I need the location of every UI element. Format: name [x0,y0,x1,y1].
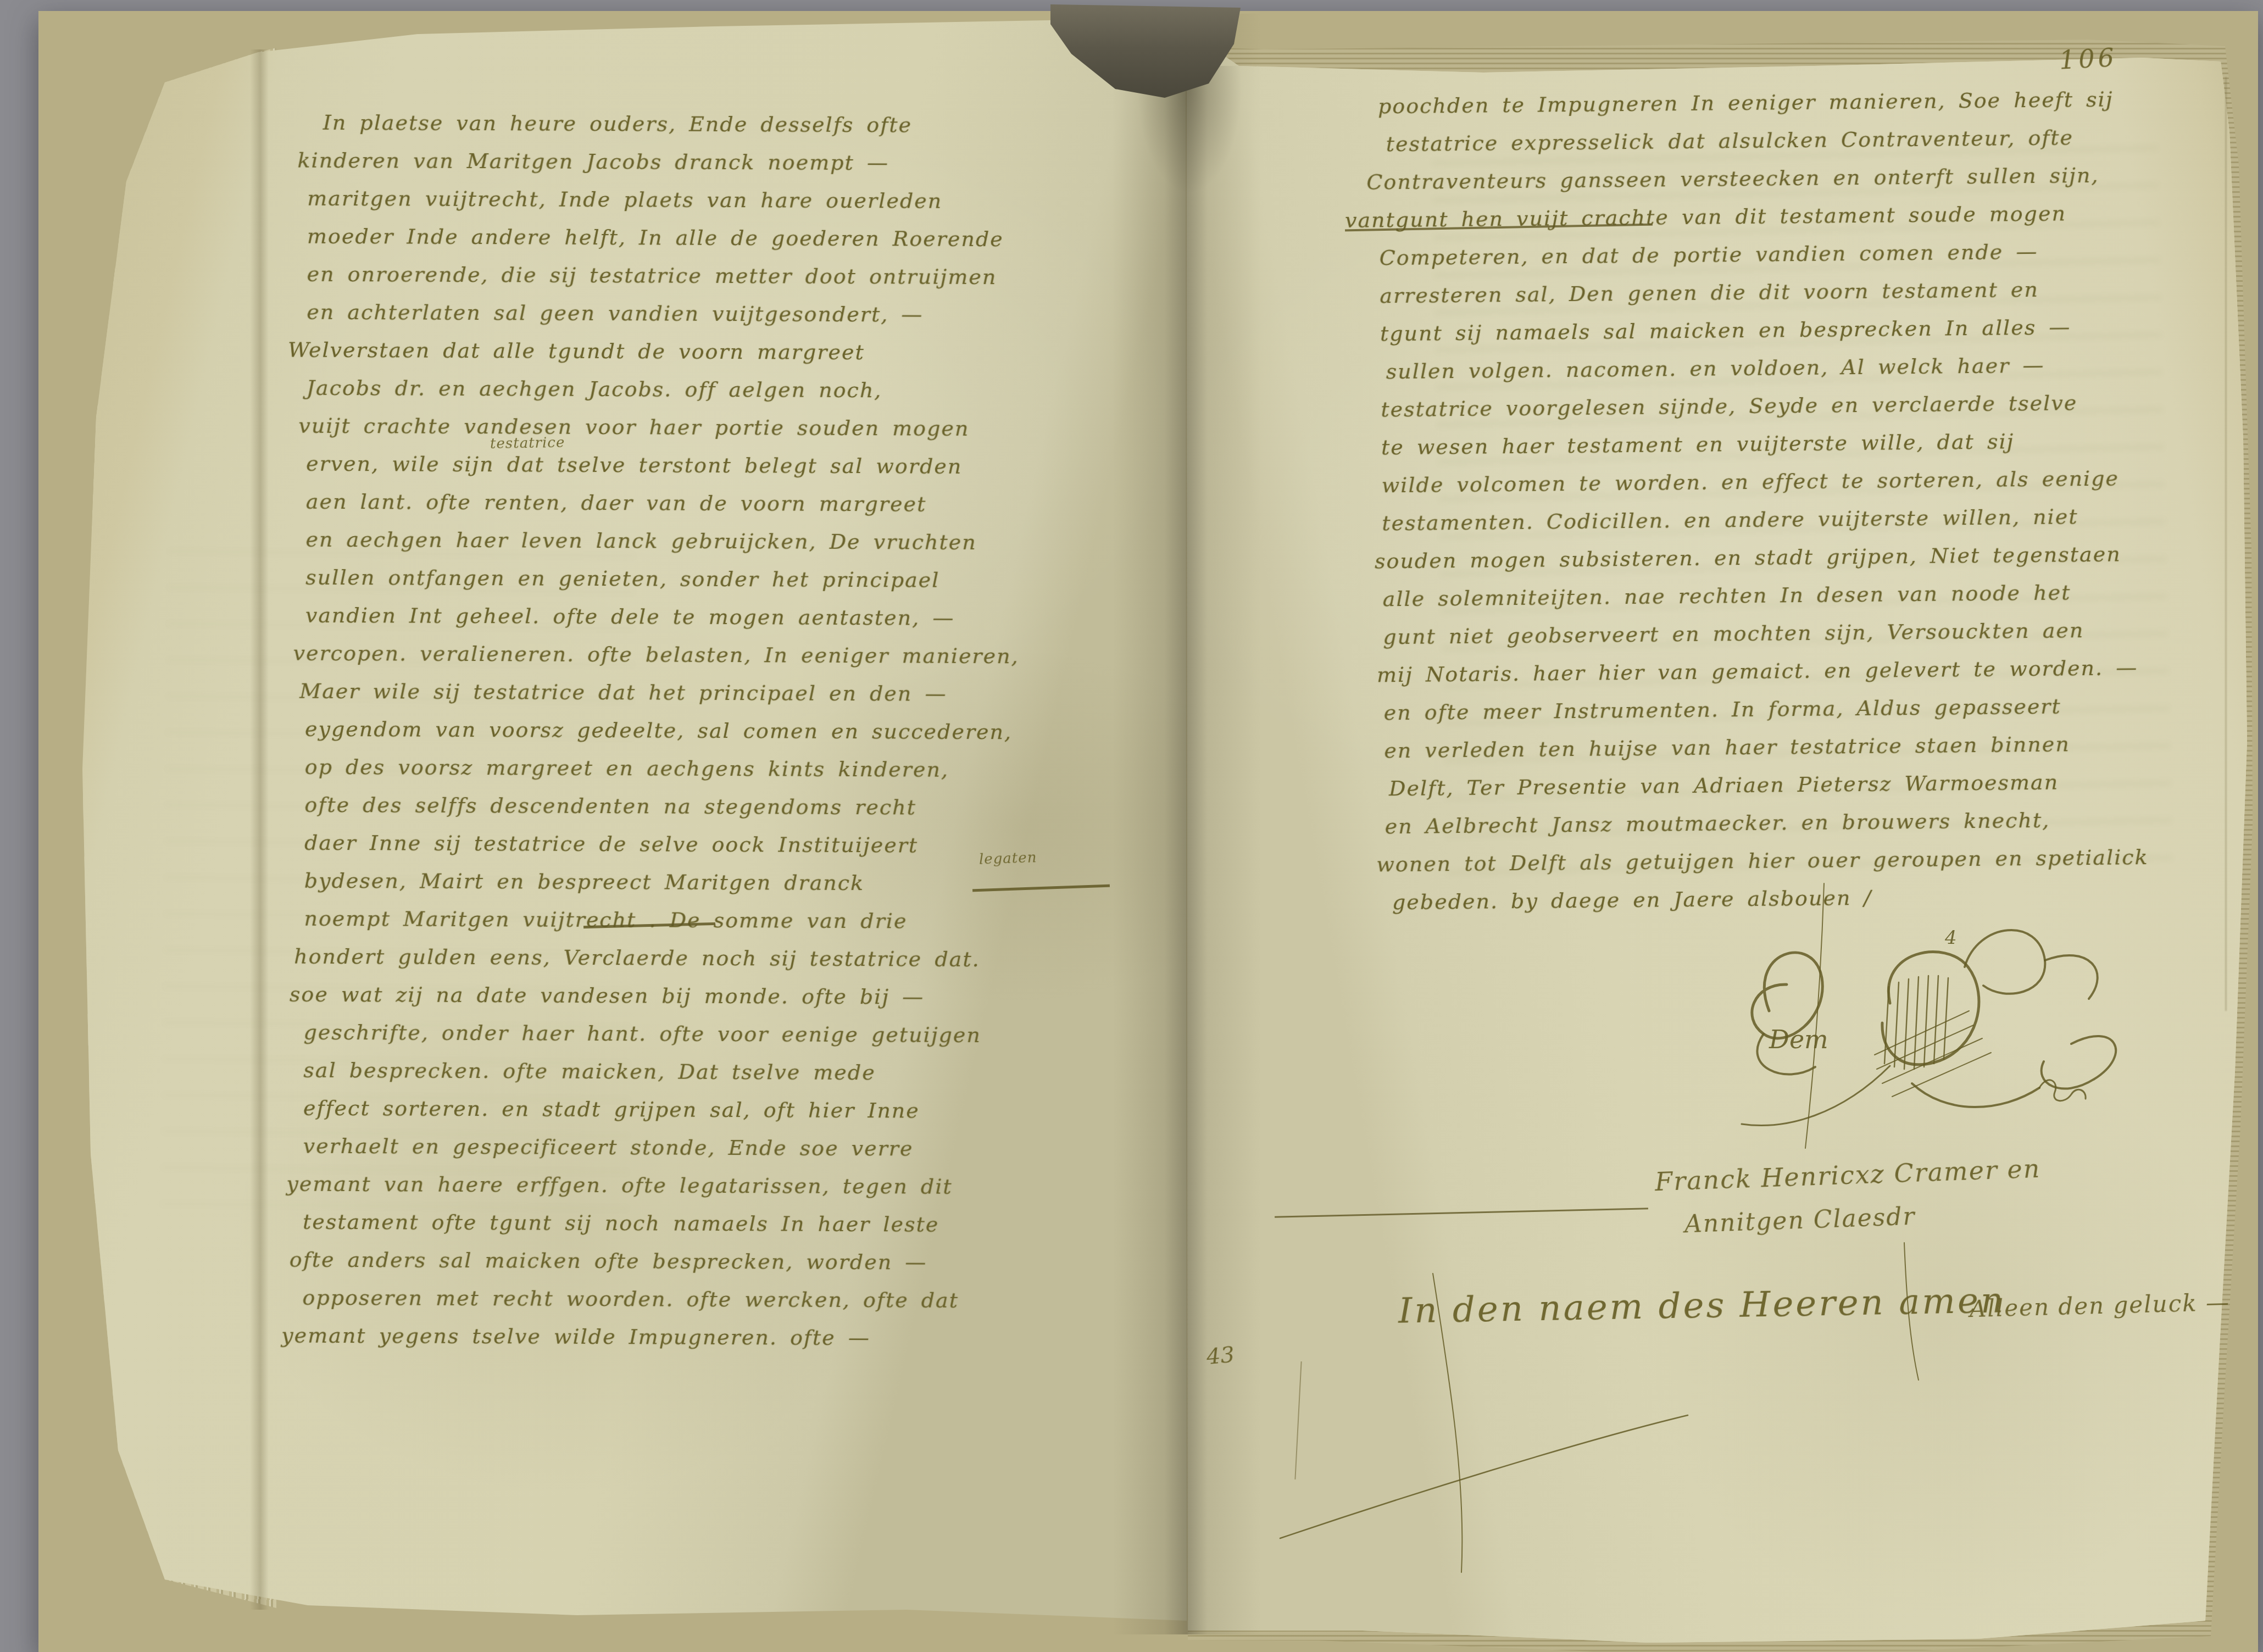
manuscript-line: eygendom van voorsz gedeelte, sal comen … [305,710,1151,752]
manuscript-line: en achterlaten sal geen vandien vuijtges… [307,293,1153,335]
paraph-word: Dem [1769,1025,1828,1054]
manuscript-line: geschrifte, onder haer hant. ofte voor e… [303,1014,1149,1055]
manuscript-line: yemant yegens tselve wilde Impugneren. o… [281,1316,1148,1358]
manuscript-line: maritgen vuijtrecht, Inde plaets van har… [307,180,1153,221]
manuscript-line: opposeren met recht woorden. ofte wercke… [302,1279,1148,1321]
manuscript-line: sullen ontfangen en genieten, sonder het… [305,559,1152,600]
manuscript-line: kinderen van Maritgen Jacobs dranck noem… [297,142,1153,183]
manuscript-line: ofte des selffs descendenten na stegendo… [304,786,1150,828]
manuscript-line: bydesen, Mairt en bespreect Maritgen dra… [304,862,1150,904]
folio-mark: 43 [1205,1342,1236,1370]
manuscript-line: Jacobs dr. en aechgen Jacobs. off aelgen… [307,369,1153,411]
manuscript-line: Welverstaen dat alle tgundt de voorn mar… [288,331,1153,372]
manuscript-line: noempt Maritgen vuijtrecht . De somme va… [304,900,1150,942]
manuscript-line: vercopen. veralieneren. ofte belasten, I… [293,635,1151,676]
paraph-digit: 4 [1944,927,1957,949]
manuscript-line: erven, wile sijn dat tselve terstont bel… [306,445,1152,487]
notary-paraph-flourish: Dem 4 [1604,874,2187,1159]
interlinear-insertion: legaten [979,849,1037,868]
right-edge-crease [2225,77,2227,1011]
manuscript-line: Maer wile sij testatrice dat het princip… [299,672,1151,714]
left-page-text-block: In plaetse van heure ouders, Ende dessel… [302,104,1154,1359]
manuscript-line: aen lant. ofte renten, daer van de voorn… [306,483,1152,525]
manuscript-line: soe wat zij na date vandesen bij monde. … [290,976,1150,1017]
manuscript-line: testament ofte tgunt sij noch namaels In… [303,1203,1149,1245]
manuscript-line: en aechgen haer leven lanck gebruijcken,… [305,521,1152,563]
manuscript-line: yemant van haere erffgen. ofte legataris… [286,1165,1149,1207]
left-page-crease [250,49,269,1610]
manuscript-line: sal besprecken. ofte maicken, Dat tselve… [303,1052,1149,1093]
manuscript-line: en onroerende, die sij testatrice metter… [307,255,1153,297]
page-number: 106 [2059,42,2118,75]
manuscript-line: In plaetse van heure ouders, Ende dessel… [323,104,1154,146]
manuscript-line: op des voorsz margreet en aechgens kints… [305,748,1151,790]
manuscript-line: moeder Inde andere helft, In alle de goe… [307,218,1153,259]
manuscript-line: hondert gulden eens, Verclaerde noch sij… [294,938,1150,980]
manuscript-line: vuijt crachte vandesen voor haer portie … [298,407,1152,449]
interlinear-insertion: testatrice [490,435,565,452]
manuscript-line: effect sorteren. en stadt grijpen sal, o… [303,1089,1149,1131]
manuscript-line: ofte anders sal maicken ofte besprecken,… [290,1241,1149,1283]
manuscript-line: verhaelt en gespecificeert stonde, Ende … [303,1127,1149,1169]
right-page-text-block: poochden te Impugneren In eeniger manier… [1378,80,2221,922]
manuscript-line: vandien Int geheel. ofte dele te mogen a… [305,597,1152,638]
manuscript-photo: In plaetse van heure ouders, Ende dessel… [0,0,2263,1652]
